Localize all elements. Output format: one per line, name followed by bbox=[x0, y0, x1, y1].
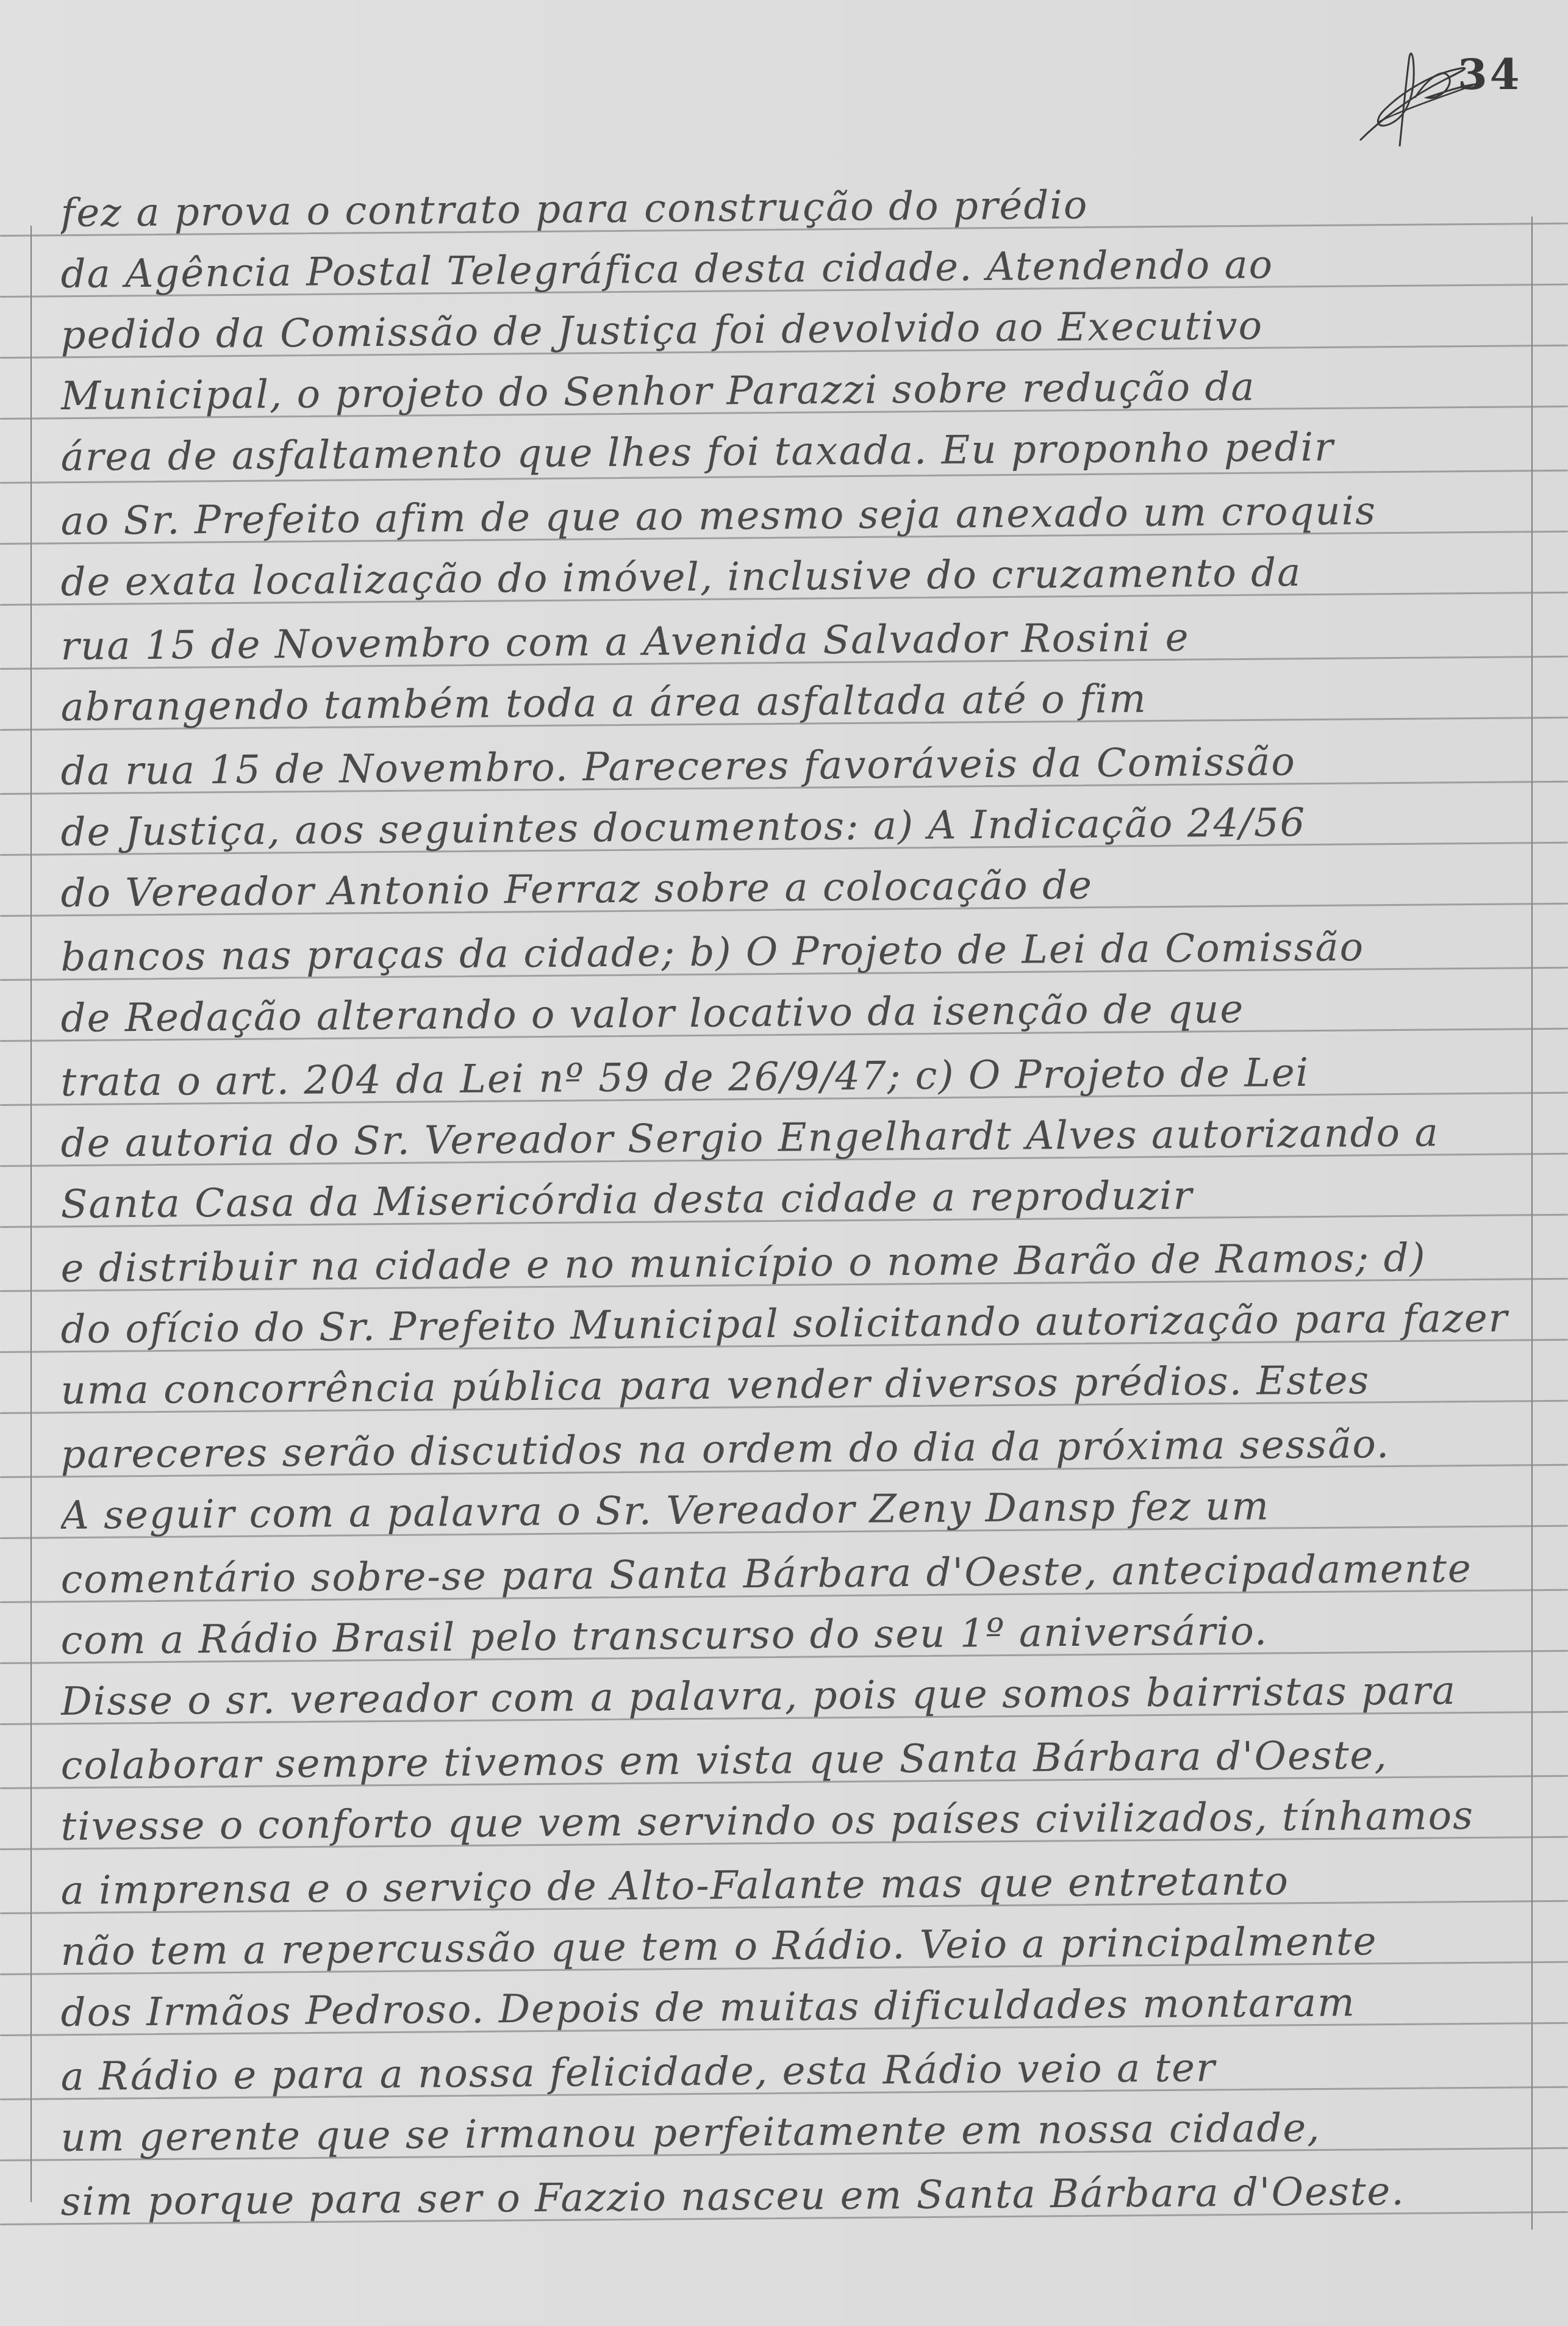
text-line: colaborar sempre tivemos em vista que Sa… bbox=[60, 1724, 1525, 1797]
text-line: um gerente que se irmanou perfeitamente … bbox=[60, 2096, 1525, 2169]
text-line: do Vereador Antonio Ferraz sobre a coloc… bbox=[60, 852, 1525, 924]
text-line: sim porque para ser o Fazzio nasceu em S… bbox=[60, 2160, 1525, 2233]
text-line: da rua 15 de Novembro. Pareceres favoráv… bbox=[60, 730, 1525, 802]
text-line: do ofício do Sr. Prefeito Municipal soli… bbox=[60, 1288, 1525, 1360]
text-line: a Rádio e para a nossa felicidade, esta … bbox=[60, 2035, 1525, 2108]
text-line: com a Rádio Brasil pelo transcurso do se… bbox=[60, 1599, 1525, 1671]
text-line: Santa Casa da Misericórdia desta cidade … bbox=[60, 1163, 1525, 1235]
text-line: ao Sr. Prefeito afim de que ao mesmo sej… bbox=[60, 479, 1525, 552]
text-line: de exata localização do imóvel, inclusiv… bbox=[60, 540, 1525, 613]
text-line: não tem a repercussão que tem o Rádio. V… bbox=[60, 1910, 1525, 1983]
text-line: tivesse o conforto que vem servindo os p… bbox=[60, 1785, 1525, 1858]
text-line: trata o art. 204 da Lei nº 59 de 26/9/47… bbox=[60, 1041, 1525, 1113]
text-line: Municipal, o projeto do Senhor Parazzi s… bbox=[60, 354, 1525, 427]
text-line: pareceres serão discutidos na ordem do d… bbox=[60, 1413, 1525, 1485]
document-page: 34 fez a prova o contrato para construçã… bbox=[0, 0, 1568, 2326]
text-line: pedido da Comissão de Justiça foi devolv… bbox=[60, 293, 1525, 366]
text-line: de Justiça, aos seguintes documentos: a)… bbox=[60, 791, 1525, 863]
text-line: A seguir com a palavra o Sr. Vereador Ze… bbox=[60, 1474, 1525, 1546]
text-line: a imprensa e o serviço de Alto-Falante m… bbox=[60, 1849, 1525, 1922]
text-line: e distribuir na cidade e no município o … bbox=[60, 1227, 1525, 1299]
text-line: Disse o sr. vereador com a palavra, pois… bbox=[60, 1660, 1525, 1732]
text-line: uma concorrência pública para vender div… bbox=[60, 1349, 1525, 1421]
text-line: bancos nas praças da cidade; b) O Projet… bbox=[60, 916, 1525, 988]
text-line: abrangendo também toda a área asfaltada … bbox=[60, 666, 1525, 738]
text-line: de Redação alterando o valor locativo da… bbox=[60, 977, 1525, 1049]
handwritten-body: fez a prova o contrato para construção d… bbox=[0, 0, 1568, 2326]
text-line: de autoria do Sr. Vereador Sergio Engelh… bbox=[60, 1102, 1525, 1174]
text-line: rua 15 de Novembro com a Avenida Salvado… bbox=[60, 605, 1525, 677]
text-line: comentário sobre-se para Santa Bárbara d… bbox=[60, 1538, 1525, 1610]
text-line: da Agência Postal Telegráfica desta cida… bbox=[60, 232, 1525, 305]
text-line: área de asfaltamento que lhes foi taxada… bbox=[60, 415, 1525, 488]
text-line: dos Irmãos Pedroso. Depois de muitas dif… bbox=[60, 1971, 1525, 2044]
text-line: fez a prova o contrato para construção d… bbox=[60, 171, 1525, 244]
